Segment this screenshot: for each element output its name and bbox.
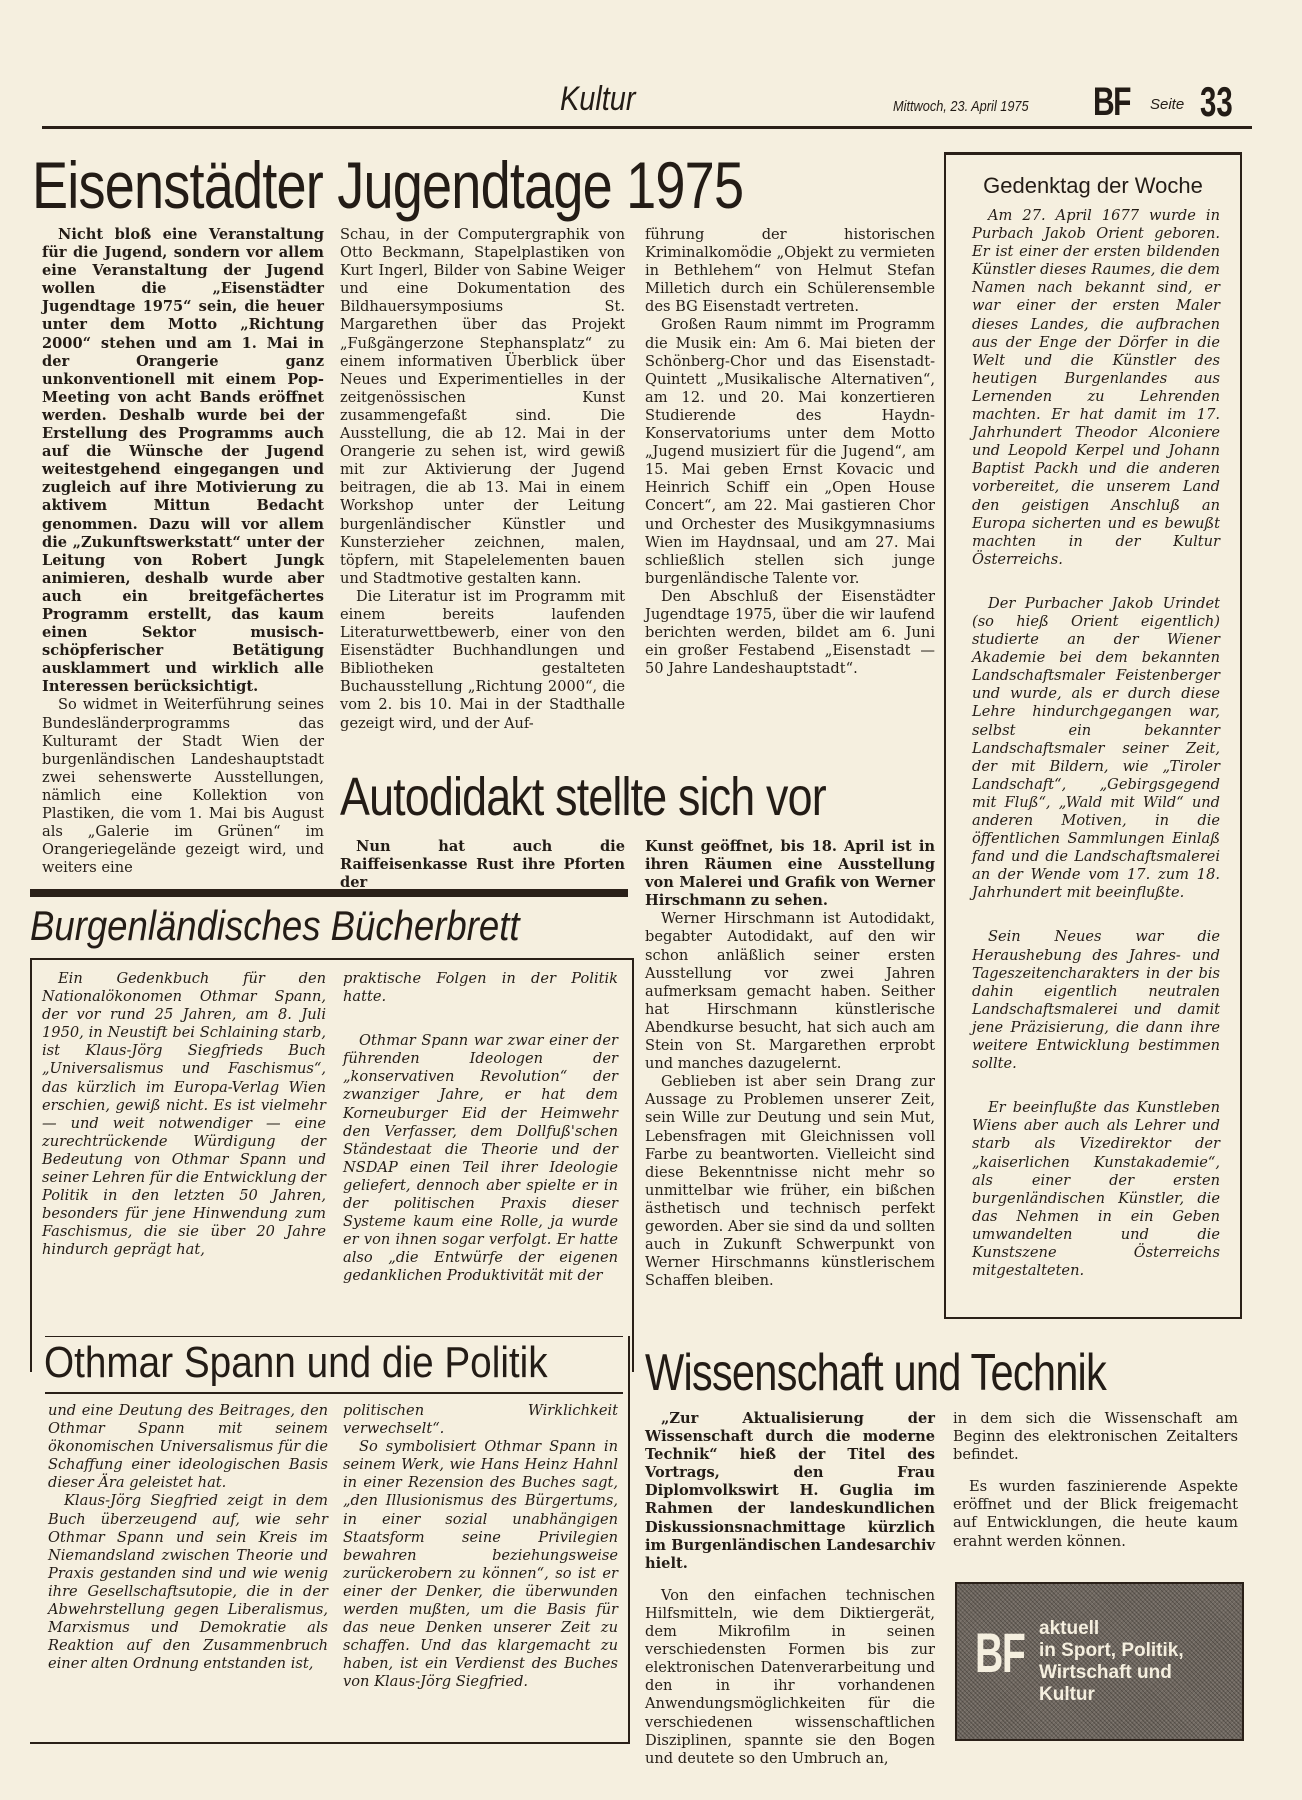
autodidakt-paragraph: Werner Hirschmann ist Autodidakt, begabt… bbox=[645, 910, 935, 1073]
jugendtage-paragraph: Den Abschluß der Eisenstädter Jugendtage… bbox=[645, 588, 935, 678]
buecherbrett-column-1: Ein Gedenkbuch für den Nationalökonomen … bbox=[42, 970, 326, 1260]
bf-advertisement: BF aktuell in Sport, Politik, Wirtschaft… bbox=[955, 1582, 1244, 1741]
section-title: Kultur bbox=[560, 80, 636, 119]
wissenschaft-paragraph: Es wurden faszinierende Aspekte eröffnet… bbox=[953, 1478, 1238, 1550]
ad-text: aktuell in Sport, Politik, Wirtschaft un… bbox=[1039, 1618, 1184, 1706]
gedenktag-paragraph: Sein Neues war die Heraushebung des Jahr… bbox=[972, 928, 1220, 1073]
buecherbrett-paragraph: praktische Folgen in der Politik hatte. bbox=[343, 970, 618, 1006]
gedenktag-body: Am 27. April 1677 wurde in Purbach Jakob… bbox=[946, 207, 1240, 1280]
headline-jugendtage: Eisenstädter Jugendtage 1975 bbox=[32, 150, 743, 220]
headline-autodidakt: Autodidakt stellte sich vor bbox=[340, 768, 826, 826]
gedenktag-title: Gedenktag der Woche bbox=[946, 173, 1240, 199]
wissenschaft-column-1: „Zur Aktualisierung der Wissenschaft dur… bbox=[645, 1410, 935, 1768]
jugendtage-paragraph: So widmet in Weiterführung seines Bundes… bbox=[42, 696, 324, 877]
buecherbrett-paragraph: Othmar Spann war zwar einer der führende… bbox=[343, 1032, 618, 1285]
header-rule bbox=[42, 126, 1252, 129]
box-border bbox=[628, 1336, 630, 1744]
wissenschaft-lead: „Zur Aktualisierung der Wissenschaft dur… bbox=[645, 1410, 935, 1573]
autodidakt-lead-text: Nun hat auch die Raiffeisenkasse Rust ih… bbox=[340, 838, 625, 892]
autodidakt-column: Kunst geöffnet, bis 18. April ist in ihr… bbox=[645, 838, 935, 1290]
buecherbrett-paragraph: Klaus-Jörg Siegfried zeigt in dem Buch ü… bbox=[48, 1492, 328, 1673]
buecherbrett-column-4: politischen Wirklichkeit verwechselt“. S… bbox=[343, 1402, 618, 1692]
ad-line: in Sport, Politik, bbox=[1039, 1640, 1184, 1662]
section-rule bbox=[45, 1392, 623, 1394]
section-rule bbox=[45, 1336, 623, 1337]
gedenktag-box: Gedenktag der Woche Am 27. April 1677 wu… bbox=[944, 152, 1242, 1319]
autodidakt-lead-text: Kunst geöffnet, bis 18. April ist in ihr… bbox=[645, 838, 935, 910]
jugendtage-paragraph: führung der historischen Kriminalkomödie… bbox=[645, 226, 935, 316]
buecherbrett-column-2: praktische Folgen in der Politik hatte. … bbox=[343, 970, 618, 1286]
headline-othmar-spann: Othmar Spann und die Politik bbox=[44, 1338, 548, 1388]
jugendtage-column-3: führung der historischen Kriminalkomödie… bbox=[645, 226, 935, 678]
jugendtage-paragraph: Schau, in der Computergraphik von Otto B… bbox=[340, 226, 625, 588]
gedenktag-paragraph: Er beeinflußte das Kunstleben Wiens aber… bbox=[972, 1099, 1220, 1280]
buecherbrett-paragraph: und eine Deutung des Beitrages, den Othm… bbox=[48, 1402, 328, 1492]
ad-logo: BF bbox=[975, 1620, 1024, 1685]
gedenktag-paragraph: Am 27. April 1677 wurde in Purbach Jakob… bbox=[972, 207, 1220, 569]
jugendtage-lead: Nicht bloß eine Veranstaltung für die Ju… bbox=[42, 226, 324, 696]
newspaper-logo: BF bbox=[1093, 80, 1130, 125]
page-label: Seite bbox=[1150, 96, 1184, 113]
issue-date: Mittwoch, 23. April 1975 bbox=[893, 98, 1029, 115]
wissenschaft-paragraph: in dem sich die Wissenschaft am Beginn d… bbox=[953, 1410, 1238, 1464]
buecherbrett-paragraph: politischen Wirklichkeit verwechselt“. bbox=[343, 1402, 618, 1438]
buecherbrett-paragraph: Ein Gedenkbuch für den Nationalökonomen … bbox=[42, 970, 326, 1260]
wissenschaft-paragraph: Von den einfachen technischen Hilfsmitte… bbox=[645, 1587, 935, 1768]
page-number: 33 bbox=[1200, 78, 1233, 126]
ad-line: Kultur bbox=[1039, 1684, 1184, 1706]
autodidakt-paragraph: Geblieben ist aber sein Drang zur Aussag… bbox=[645, 1073, 935, 1290]
wissenschaft-column-2: in dem sich die Wissenschaft am Beginn d… bbox=[953, 1410, 1238, 1551]
autodidakt-lead-1: Nun hat auch die Raiffeisenkasse Rust ih… bbox=[340, 838, 625, 892]
buecherbrett-column-3: und eine Deutung des Beitrages, den Othm… bbox=[48, 1402, 328, 1673]
gedenktag-paragraph: Der Purbacher Jakob Urindet (so hieß Ori… bbox=[972, 595, 1220, 903]
rubric-buecherbrett: Burgenländisches Bücherbrett bbox=[30, 902, 520, 950]
buecherbrett-paragraph: So symbolisiert Othmar Spann in seinem W… bbox=[343, 1438, 618, 1691]
jugendtage-paragraph: Die Literatur ist im Programm mit einem … bbox=[340, 588, 625, 733]
jugendtage-column-2: Schau, in der Computergraphik von Otto B… bbox=[340, 226, 625, 733]
headline-wissenschaft: Wissenschaft und Technik bbox=[645, 1344, 1106, 1402]
jugendtage-column-1: Nicht bloß eine Veranstaltung für die Ju… bbox=[42, 226, 324, 877]
jugendtage-paragraph: Großen Raum nimmt im Programm die Musik … bbox=[645, 316, 935, 587]
box-border bbox=[30, 1742, 630, 1744]
section-rule bbox=[30, 889, 628, 897]
ad-line: Wirtschaft und bbox=[1039, 1662, 1184, 1684]
ad-line: aktuell bbox=[1039, 1618, 1184, 1640]
